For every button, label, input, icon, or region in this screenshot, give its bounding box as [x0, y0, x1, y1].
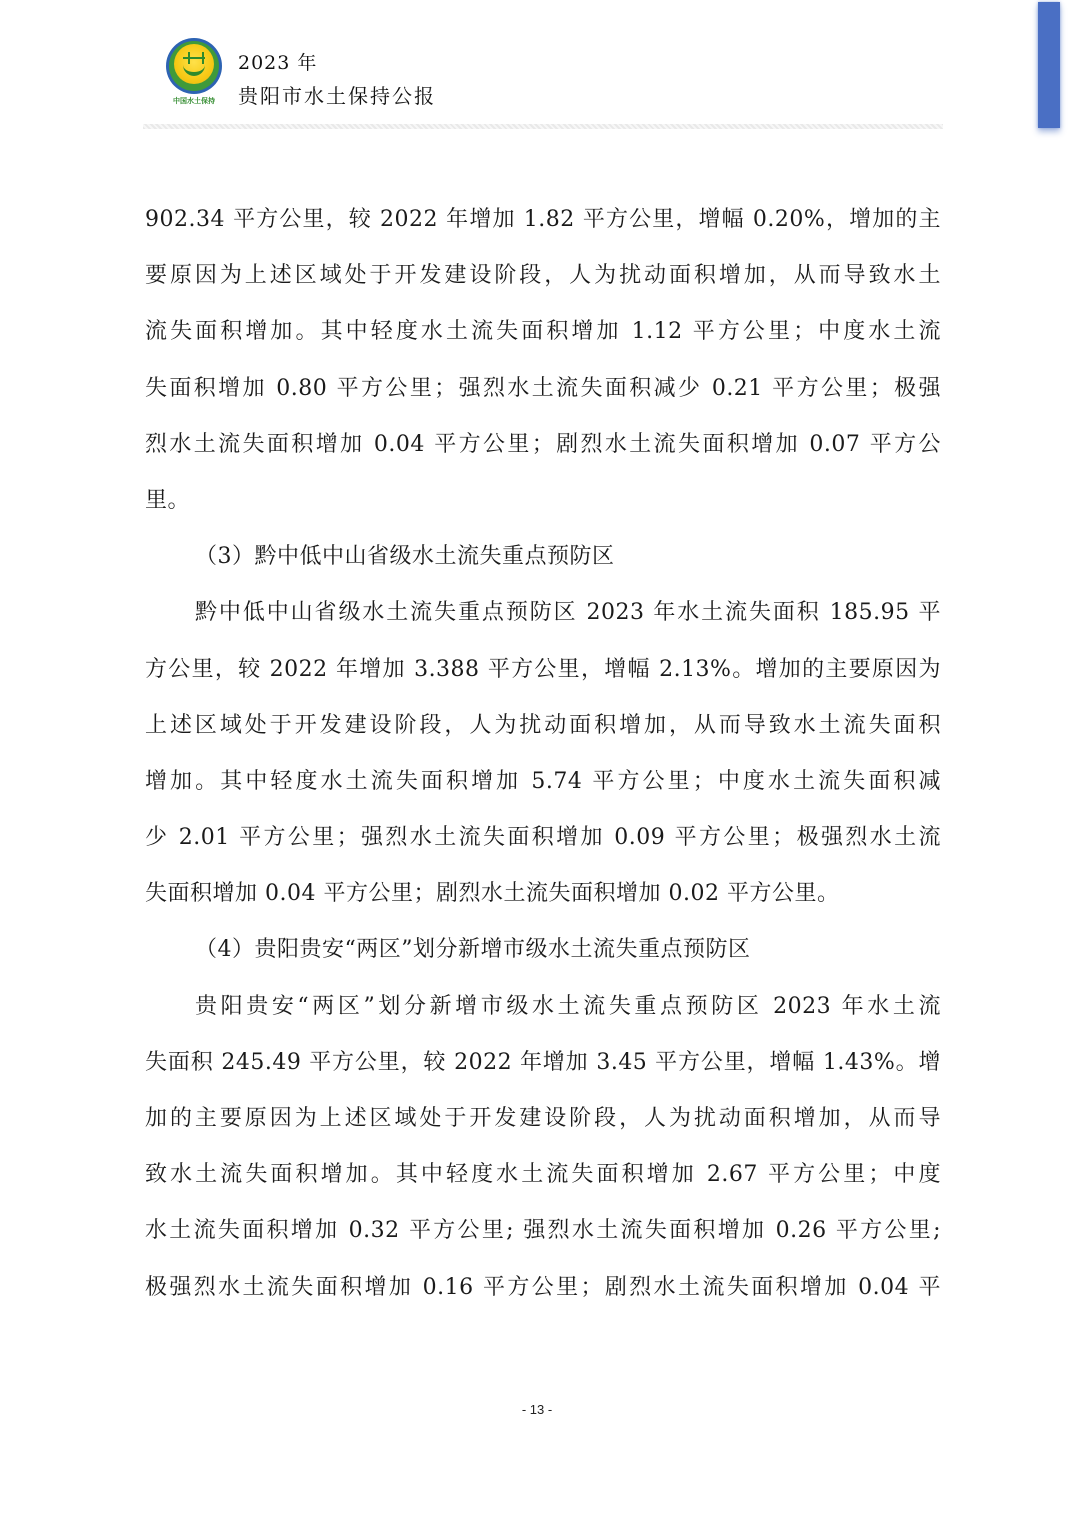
text-line: 少 2.01 平方公里；强烈水土流失面积增加 0.09 平方公里；极强烈水土流: [145, 810, 941, 866]
text-line: 902.34 平方公里，较 2022 年增加 1.82 平方公里，增幅 0.20…: [145, 192, 941, 248]
text-line: 里。: [145, 473, 941, 529]
side-bookmark-tab: [1038, 2, 1060, 128]
text-line: 增加。其中轻度水土流失面积增加 5.74 平方公里；中度水土流失面积减: [145, 754, 941, 810]
soil-conservation-logo-icon: 中国水土保持: [164, 38, 224, 108]
page-number: - 13 -: [0, 1402, 1074, 1417]
header-title: 贵阳市水土保持公报: [238, 80, 436, 109]
text-line: 极强烈水土流失面积增加 0.16 平方公里；剧烈水土流失面积增加 0.04 平: [145, 1260, 941, 1316]
paragraph-start: 黔中低中山省级水土流失重点预防区 2023 年水土流失面积 185.95 平: [145, 585, 941, 641]
section-heading-3: （3）黔中低中山省级水土流失重点预防区: [145, 529, 941, 585]
text-line: 失面积 245.49 平方公里，较 2022 年增加 3.45 平方公里，增幅 …: [145, 1035, 941, 1091]
header-year: 2023 年: [238, 48, 317, 75]
header-divider: [143, 124, 943, 129]
logo-plant-mark-icon: [183, 54, 205, 76]
text-line: 烈水土流失面积增加 0.04 平方公里；剧烈水土流失面积增加 0.07 平方公: [145, 417, 941, 473]
text-line: 上述区域处于开发建设阶段，人为扰动面积增加，从而导致水土流失面积: [145, 698, 941, 754]
page-header: 中国水土保持 2023 年 贵阳市水土保持公报: [160, 36, 950, 116]
text-line: 失面积增加 0.80 平方公里；强烈水土流失面积减少 0.21 平方公里；极强: [145, 361, 941, 417]
text-line: 加的主要原因为上述区域处于开发建设阶段，人为扰动面积增加，从而导: [145, 1091, 941, 1147]
text-line: 要原因为上述区域处于开发建设阶段，人为扰动面积增加，从而导致水土: [145, 248, 941, 304]
logo-caption: 中国水土保持: [164, 96, 224, 106]
text-line: 水土流失面积增加 0.32 平方公里; 强烈水土流失面积增加 0.26 平方公里…: [145, 1203, 941, 1259]
text-line: 方公里，较 2022 年增加 3.388 平方公里，增幅 2.13%。增加的主要…: [145, 642, 941, 698]
text-line: 致水土流失面积增加。其中轻度水土流失面积增加 2.67 平方公里；中度: [145, 1147, 941, 1203]
text-line: 流失面积增加。其中轻度水土流失面积增加 1.12 平方公里；中度水土流: [145, 304, 941, 360]
body-text: 902.34 平方公里，较 2022 年增加 1.82 平方公里，增幅 0.20…: [145, 192, 941, 1316]
paragraph-start: 贵阳贵安“两区”划分新增市级水土流失重点预防区 2023 年水土流: [145, 979, 941, 1035]
document-page: 中国水土保持 2023 年 贵阳市水土保持公报 902.34 平方公里，较 20…: [0, 0, 1074, 1520]
text-line: 失面积增加 0.04 平方公里；剧烈水土流失面积增加 0.02 平方公里。: [145, 866, 941, 922]
section-heading-4: （4）贵阳贵安“两区”划分新增市级水土流失重点预防区: [145, 922, 941, 978]
